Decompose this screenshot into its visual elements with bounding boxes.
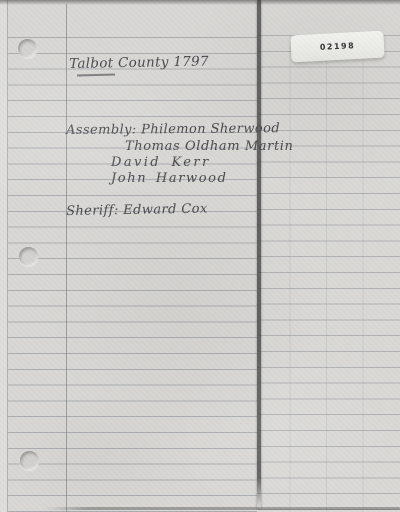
catalog-label: 02198 [290, 31, 384, 63]
handwriting-assembly-member: John Harwood [111, 171, 228, 186]
punch-hole [20, 451, 39, 470]
handwriting-assembly-member: David Kerr [111, 155, 211, 170]
catalog-number: 02198 [320, 41, 356, 53]
handwriting-assembly-line: Assembly: Philemon Sherwood [66, 121, 280, 138]
ruled-lines-left [7, 37, 257, 512]
punch-hole [18, 39, 37, 58]
handwriting-assembly-member: Thomas Oldham Martin [125, 139, 294, 154]
margin-line [66, 4, 67, 512]
page-edge-shadow [257, 0, 261, 508]
ruled-lines-right [257, 35, 400, 512]
handwriting-sheriff-line: Sheriff: Edward Cox [66, 202, 208, 219]
scanned-ledger-page: 02198 Talbot County 1797 Assembly: Phile… [0, 0, 400, 512]
top-edge-shadow [0, 0, 400, 5]
handwriting-county-heading: Talbot County 1797 [69, 54, 209, 72]
scanner-left-edge [0, 0, 8, 512]
punch-hole [19, 247, 38, 266]
bottom-edge-shadow [45, 507, 400, 510]
